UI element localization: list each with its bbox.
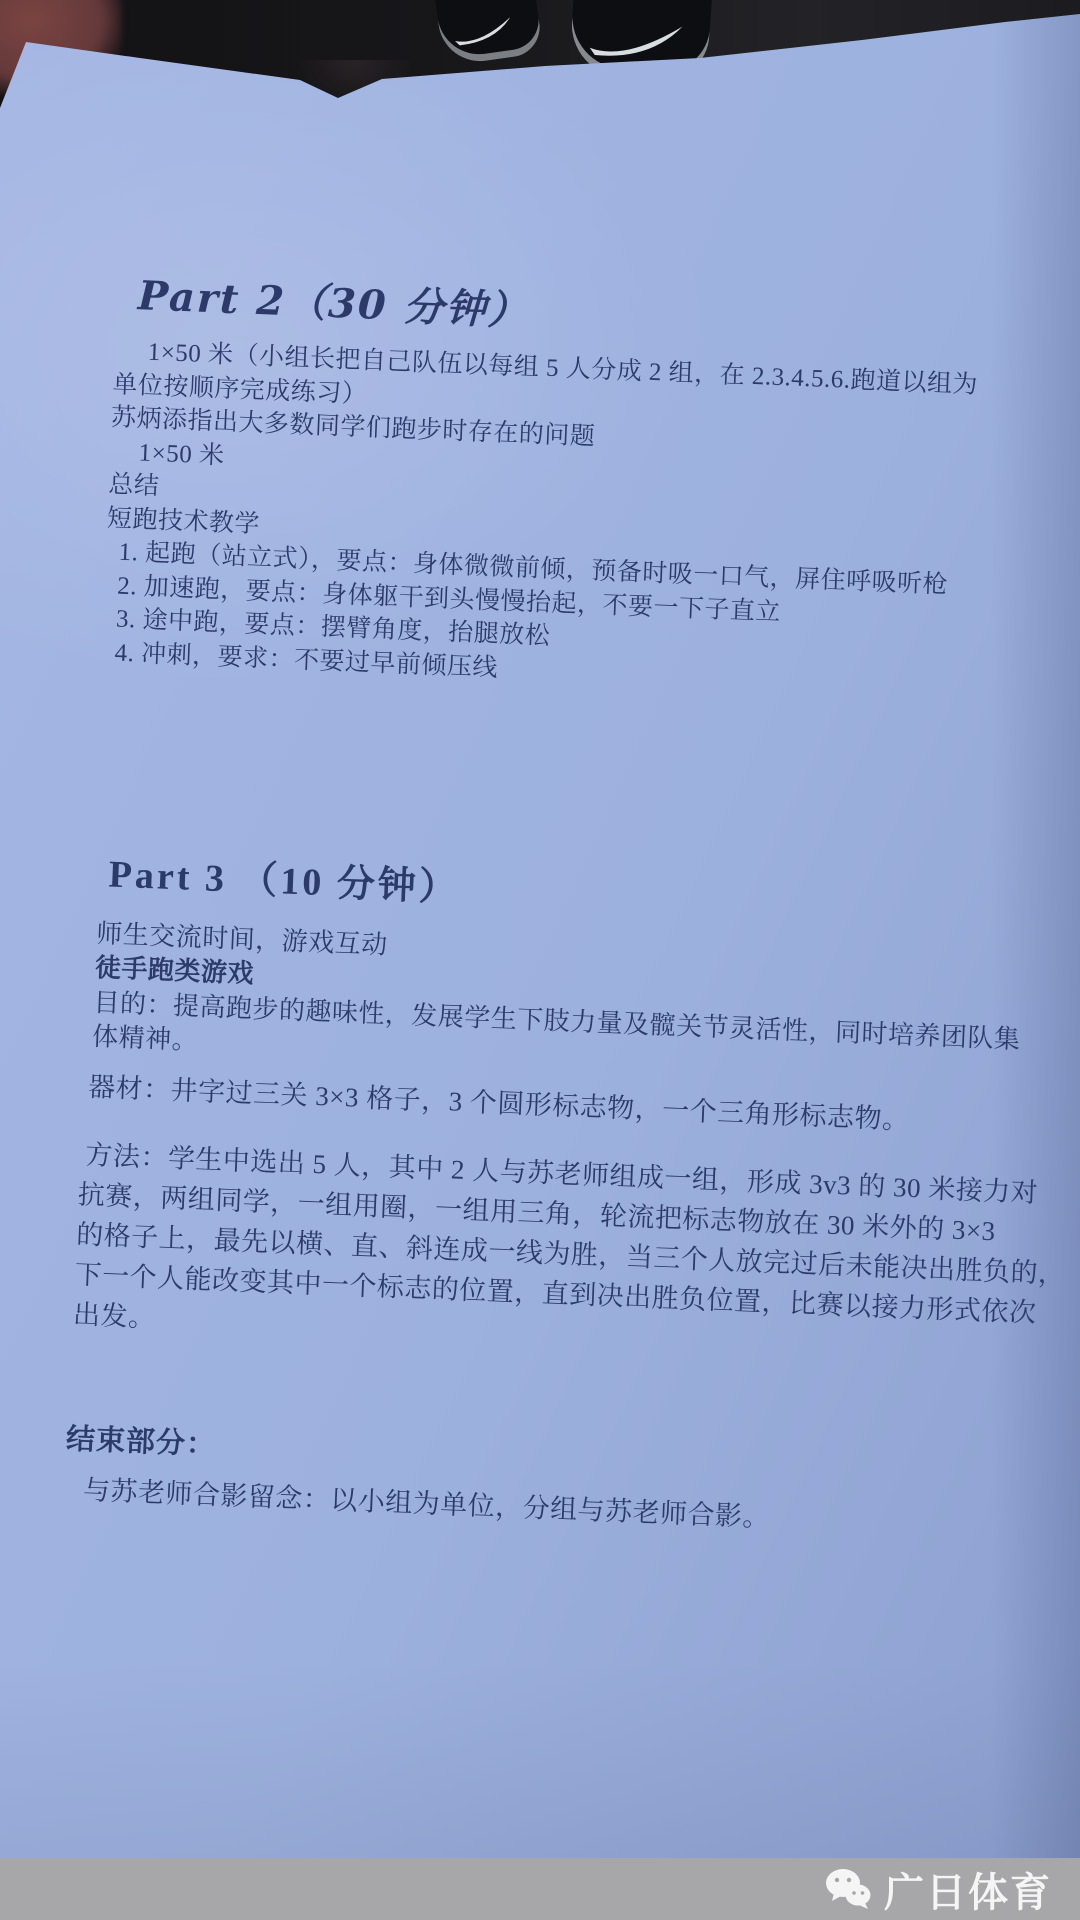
watermark-brand: 广日体育 [884, 1861, 1052, 1918]
section-method: 方法：学生中选出 5 人，其中 2 人与苏老师组成一组，形成 3v3 的 30 … [72, 1135, 1039, 1373]
section-part2: Part 2（30 分钟） 1×50 米（小组长把自己队伍以每组 5 人分成 2… [101, 263, 1077, 707]
watermark-bar: 广日体育 [0, 1858, 1080, 1920]
photo-of-lesson-plan: Part 2（30 分钟） 1×50 米（小组长把自己队伍以每组 5 人分成 2… [0, 0, 1080, 1920]
shoe-swoosh-icon [583, 16, 696, 67]
watermark: 广日体育 [824, 1861, 1052, 1918]
wechat-icon [824, 1867, 872, 1911]
section-part3: Part 3 （10 分钟） 师生交流时间，游戏互动 徒手跑类游戏 目的：提高跑… [86, 842, 1054, 1093]
shoe-swoosh-icon [448, 8, 532, 53]
part2-body: 1×50 米（小组长把自己队伍以每组 5 人分成 2 组，在 2.3.4.5.6… [101, 334, 1074, 707]
sneaker-left [433, 0, 544, 67]
